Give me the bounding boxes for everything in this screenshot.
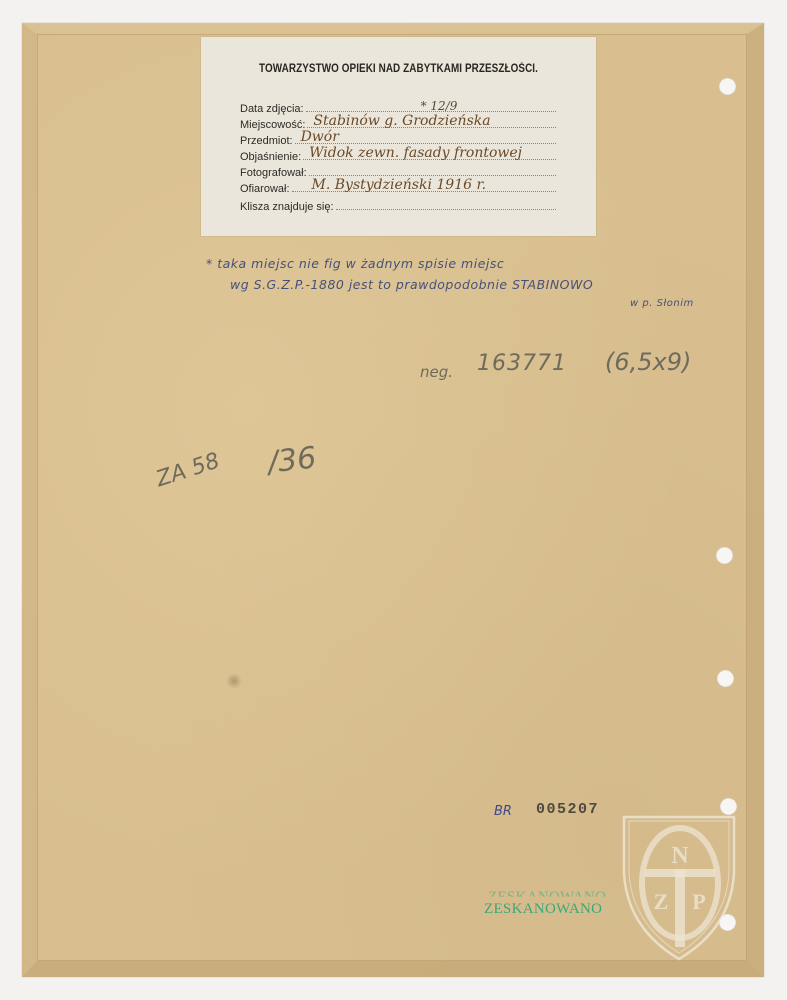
inventory-number: 005207: [536, 801, 599, 818]
svg-text:Z: Z: [654, 889, 669, 914]
note-line-1: * taka miejsc nie fig w żadnym spisie mi…: [206, 256, 504, 271]
field-value: Dwór: [301, 129, 339, 145]
field-label: Klisza znajduje się:: [240, 201, 334, 213]
stain-mark: [226, 673, 242, 689]
field-line: Stabinów g. Grodzieńska: [307, 126, 556, 128]
field-value: Widok zewn. fasady frontowej: [309, 145, 522, 161]
field-label: Ofiarował:: [240, 183, 290, 195]
field-value: M. Bystydzieński 1916 r.: [312, 177, 487, 193]
field-line: Dwór: [295, 142, 556, 144]
field-line: [336, 208, 556, 210]
svg-text:P: P: [692, 889, 705, 914]
field-objasnienie: Objaśnienie: Widok zewn. fasady frontowe…: [240, 147, 556, 163]
field-value: * 12/9: [421, 99, 458, 113]
binder-hole: [717, 670, 734, 687]
br-mark: BR: [494, 804, 512, 819]
field-miejscowosc: Miejscowość: Stabinów g. Grodzieńska: [240, 115, 556, 131]
archive-number: /36: [266, 441, 318, 481]
scanned-stamp: ZESKANOWANO: [484, 901, 602, 918]
field-line: Widok zewn. fasady frontowej: [303, 158, 556, 160]
field-label: Data zdjęcia:: [240, 103, 304, 115]
field-label: Objaśnienie:: [240, 151, 301, 163]
binder-hole: [719, 914, 736, 931]
note-line-2: wg S.G.Z.P.-1880 jest to prawdopodobnie …: [230, 277, 593, 292]
note-line-3: w p. Słonim: [630, 298, 694, 309]
label-card: TOWARZYSTWO OPIEKI NAD ZABYTKAMI PRZESZŁ…: [201, 37, 596, 236]
negative-size: (6,5x9): [605, 348, 691, 376]
field-line: M. Bystydzieński 1916 r.: [292, 190, 556, 192]
negative-label: neg.: [420, 363, 453, 381]
field-klisza: Klisza znajduje się:: [240, 197, 556, 213]
field-label: Fotografował:: [240, 167, 307, 179]
tonzp-shield-watermark-icon: N Z P: [619, 813, 739, 963]
binder-hole: [720, 798, 737, 815]
svg-text:N: N: [671, 843, 689, 869]
binder-hole: [719, 78, 736, 95]
field-label: Przedmiot:: [240, 135, 293, 147]
field-line: * 12/9: [306, 110, 556, 112]
archive-board: TOWARZYSTWO OPIEKI NAD ZABYTKAMI PRZESZŁ…: [22, 23, 764, 977]
field-line: [309, 174, 556, 176]
field-value: Stabinów g. Grodzieńska: [313, 113, 490, 129]
label-title: TOWARZYSTWO OPIEKI NAD ZABYTKAMI PRZESZŁ…: [229, 63, 569, 75]
field-ofiarowal: Ofiarował: M. Bystydzieński 1916 r.: [240, 179, 556, 195]
field-label: Miejscowość:: [240, 119, 305, 131]
negative-number: 163771: [477, 351, 567, 376]
binder-hole: [716, 547, 733, 564]
